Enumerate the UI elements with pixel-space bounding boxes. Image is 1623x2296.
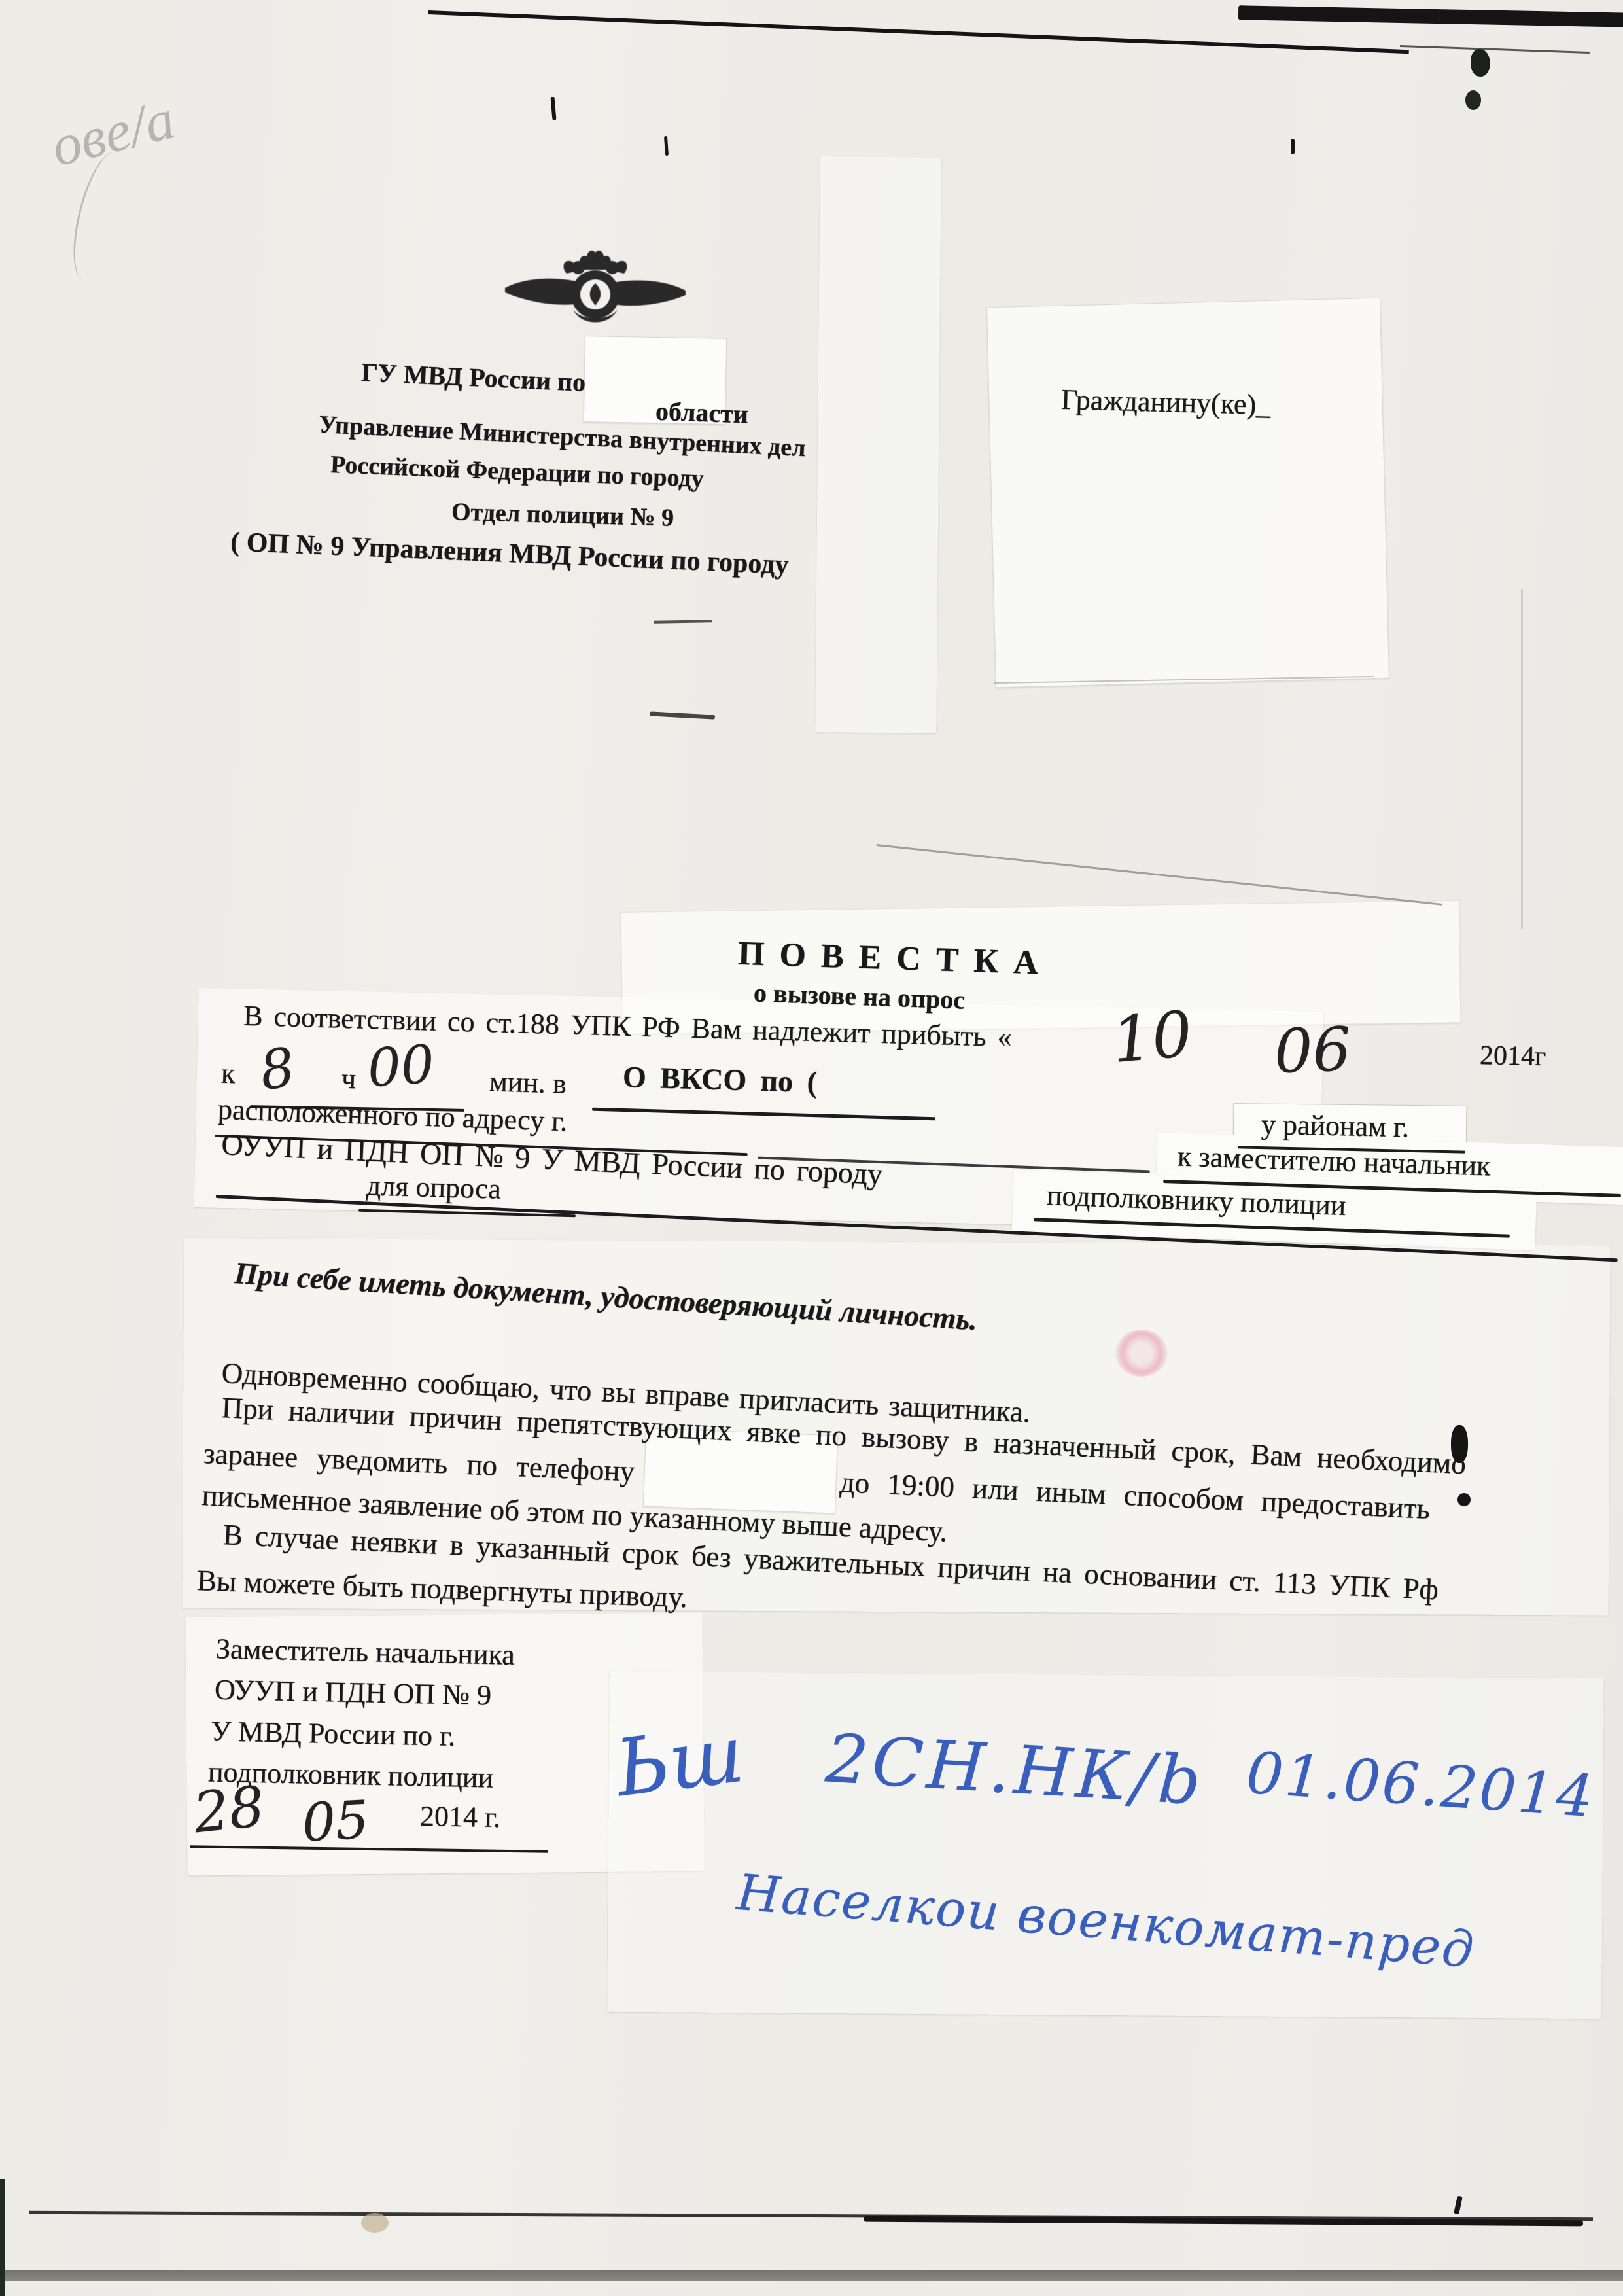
signature-line3: У МВД России по г. [211, 1716, 456, 1752]
header-org-line3: Российской Федерации по городу [330, 452, 704, 493]
addressee-label: Гражданину(ке)_ [1060, 385, 1270, 421]
header-org-line1a: ГУ МВД России по [360, 359, 586, 397]
signature-year: 2014 г. [420, 1801, 501, 1833]
header-org-line4: Отдел полиции № 9 [451, 499, 674, 531]
left-edge-shadow [0, 2179, 5, 2296]
ink-speck [1291, 139, 1295, 154]
crease-line [650, 711, 715, 719]
body-line3-right: у районам г. [1261, 1110, 1410, 1143]
body-year: 2014г [1480, 1041, 1546, 1071]
blue-handwriting-initials: Ьш [612, 1714, 748, 1811]
smudge [361, 2213, 389, 2233]
crease-line [654, 620, 712, 624]
ink-blob [1471, 49, 1490, 77]
ink-speck [664, 136, 669, 156]
bottom-gray-bar [0, 2270, 1623, 2281]
crease-line [877, 844, 1443, 906]
signature-line1: Заместитель начальника [216, 1634, 515, 1670]
handwritten-sig-month: 05 [301, 1792, 370, 1850]
header-org-line1b: области [655, 398, 748, 429]
body-line2-min: мин. в [489, 1067, 567, 1099]
body-line6: для опроса [366, 1171, 501, 1205]
handwritten-day: 10 [1109, 1001, 1195, 1074]
ink-blob [1465, 90, 1481, 110]
handwritten-sig-day: 28 [191, 1778, 268, 1843]
header-org-line5: ( ОП № 9 Управления МВД России по городу [230, 527, 789, 580]
small-mark-bottom [1454, 2195, 1463, 2214]
pink-stain [1115, 1330, 1168, 1377]
signature-line2: ОУУП и ПДН ОП № 9 [215, 1675, 492, 1711]
ink-dot [1457, 1493, 1471, 1506]
ink-speck [550, 97, 556, 120]
tape-strip [815, 156, 941, 733]
handwritten-month: 06 [1273, 1018, 1352, 1084]
scan-top-bar [1238, 5, 1623, 27]
body-line2-place: О ВКСО по ( [622, 1061, 817, 1099]
handwritten-minutes: 00 [366, 1037, 436, 1097]
tape-strip [986, 298, 1389, 688]
body-line2-ch: ч [341, 1064, 357, 1095]
body-line2-k: к [220, 1059, 236, 1089]
mvd-eagle-emblem [504, 247, 687, 339]
crease-line [1521, 589, 1523, 929]
scanned-summons-page: ове/а ГУ МВД России по области Управлени… [0, 0, 1623, 2296]
scan-diagonal-line-tail [1400, 45, 1590, 54]
